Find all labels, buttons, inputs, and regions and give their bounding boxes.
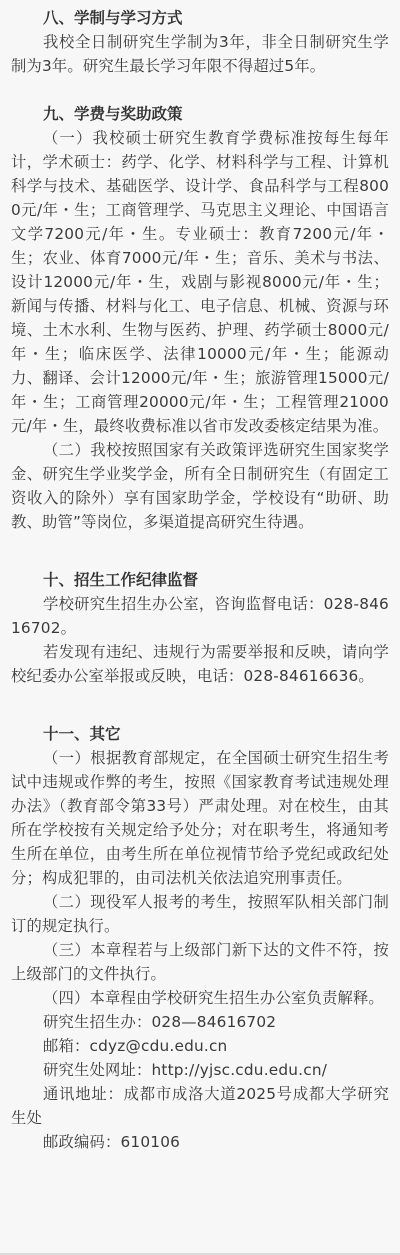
spacer [11,534,389,558]
paragraph-other-4: （四）本章程由学校研究生招生办公室负责解释。 [11,986,389,1010]
spacer [11,78,389,102]
paragraph-other-3: （三）本章程若与上级部门新下达的文件不符，按上级部门的文件执行。 [11,938,389,986]
contact-address: 通讯地址：成都市成洛大道2025号成都大学研究生处 [11,1082,389,1130]
paragraph-report-phone: 若发现有违纪、违规行为需要举报和反映，请向学校纪委办公室举报或反映，电话：028… [11,640,389,688]
contact-website[interactable]: 研究生处网址：http://yjsc.cdu.edu.cn/ [11,1058,389,1082]
contact-postcode: 邮政编码：610106 [11,1130,389,1154]
section-heading-supervision: 十、招生工作纪律监督 [11,568,389,592]
section-heading-schooling: 八、学制与学习方式 [11,6,389,30]
spacer [11,712,389,722]
section-heading-other: 十一、其它 [11,722,389,746]
spacer [11,558,389,568]
spacer [11,688,389,712]
paragraph-schooling: 我校全日制研究生学制为3年，非全日制研究生学制为3年。研究生最长学习年限不得超过… [11,30,389,78]
paragraph-scholarships: （二）我校按照国家有关政策评选研究生国家奖学金、研究生学业奖学金，所有全日制研究… [11,438,389,534]
paragraph-tuition-fees: （一）我校硕士研究生教育学费标准按每生每年计，学术硕士：药学、化学、材料科学与工… [11,126,389,438]
paragraph-consult-phone: 学校研究生招生办公室，咨询监督电话：028-84616702。 [11,592,389,640]
section-heading-tuition: 九、学费与奖助政策 [11,102,389,126]
contact-email[interactable]: 邮箱：cdyz@cdu.edu.cn [11,1034,389,1058]
paragraph-other-2: （二）现役军人报考的考生，按照军队相关部门制订的规定执行。 [11,890,389,938]
document-body: 八、学制与学习方式 我校全日制研究生学制为3年，非全日制研究生学制为3年。研究生… [0,0,400,1154]
paragraph-other-1: （一）根据教育部规定，在全国硕士研究生招生考试中违规或作弊的考生，按照《国家教育… [11,746,389,890]
contact-office-phone: 研究生招生办：028—84616702 [11,1010,389,1034]
